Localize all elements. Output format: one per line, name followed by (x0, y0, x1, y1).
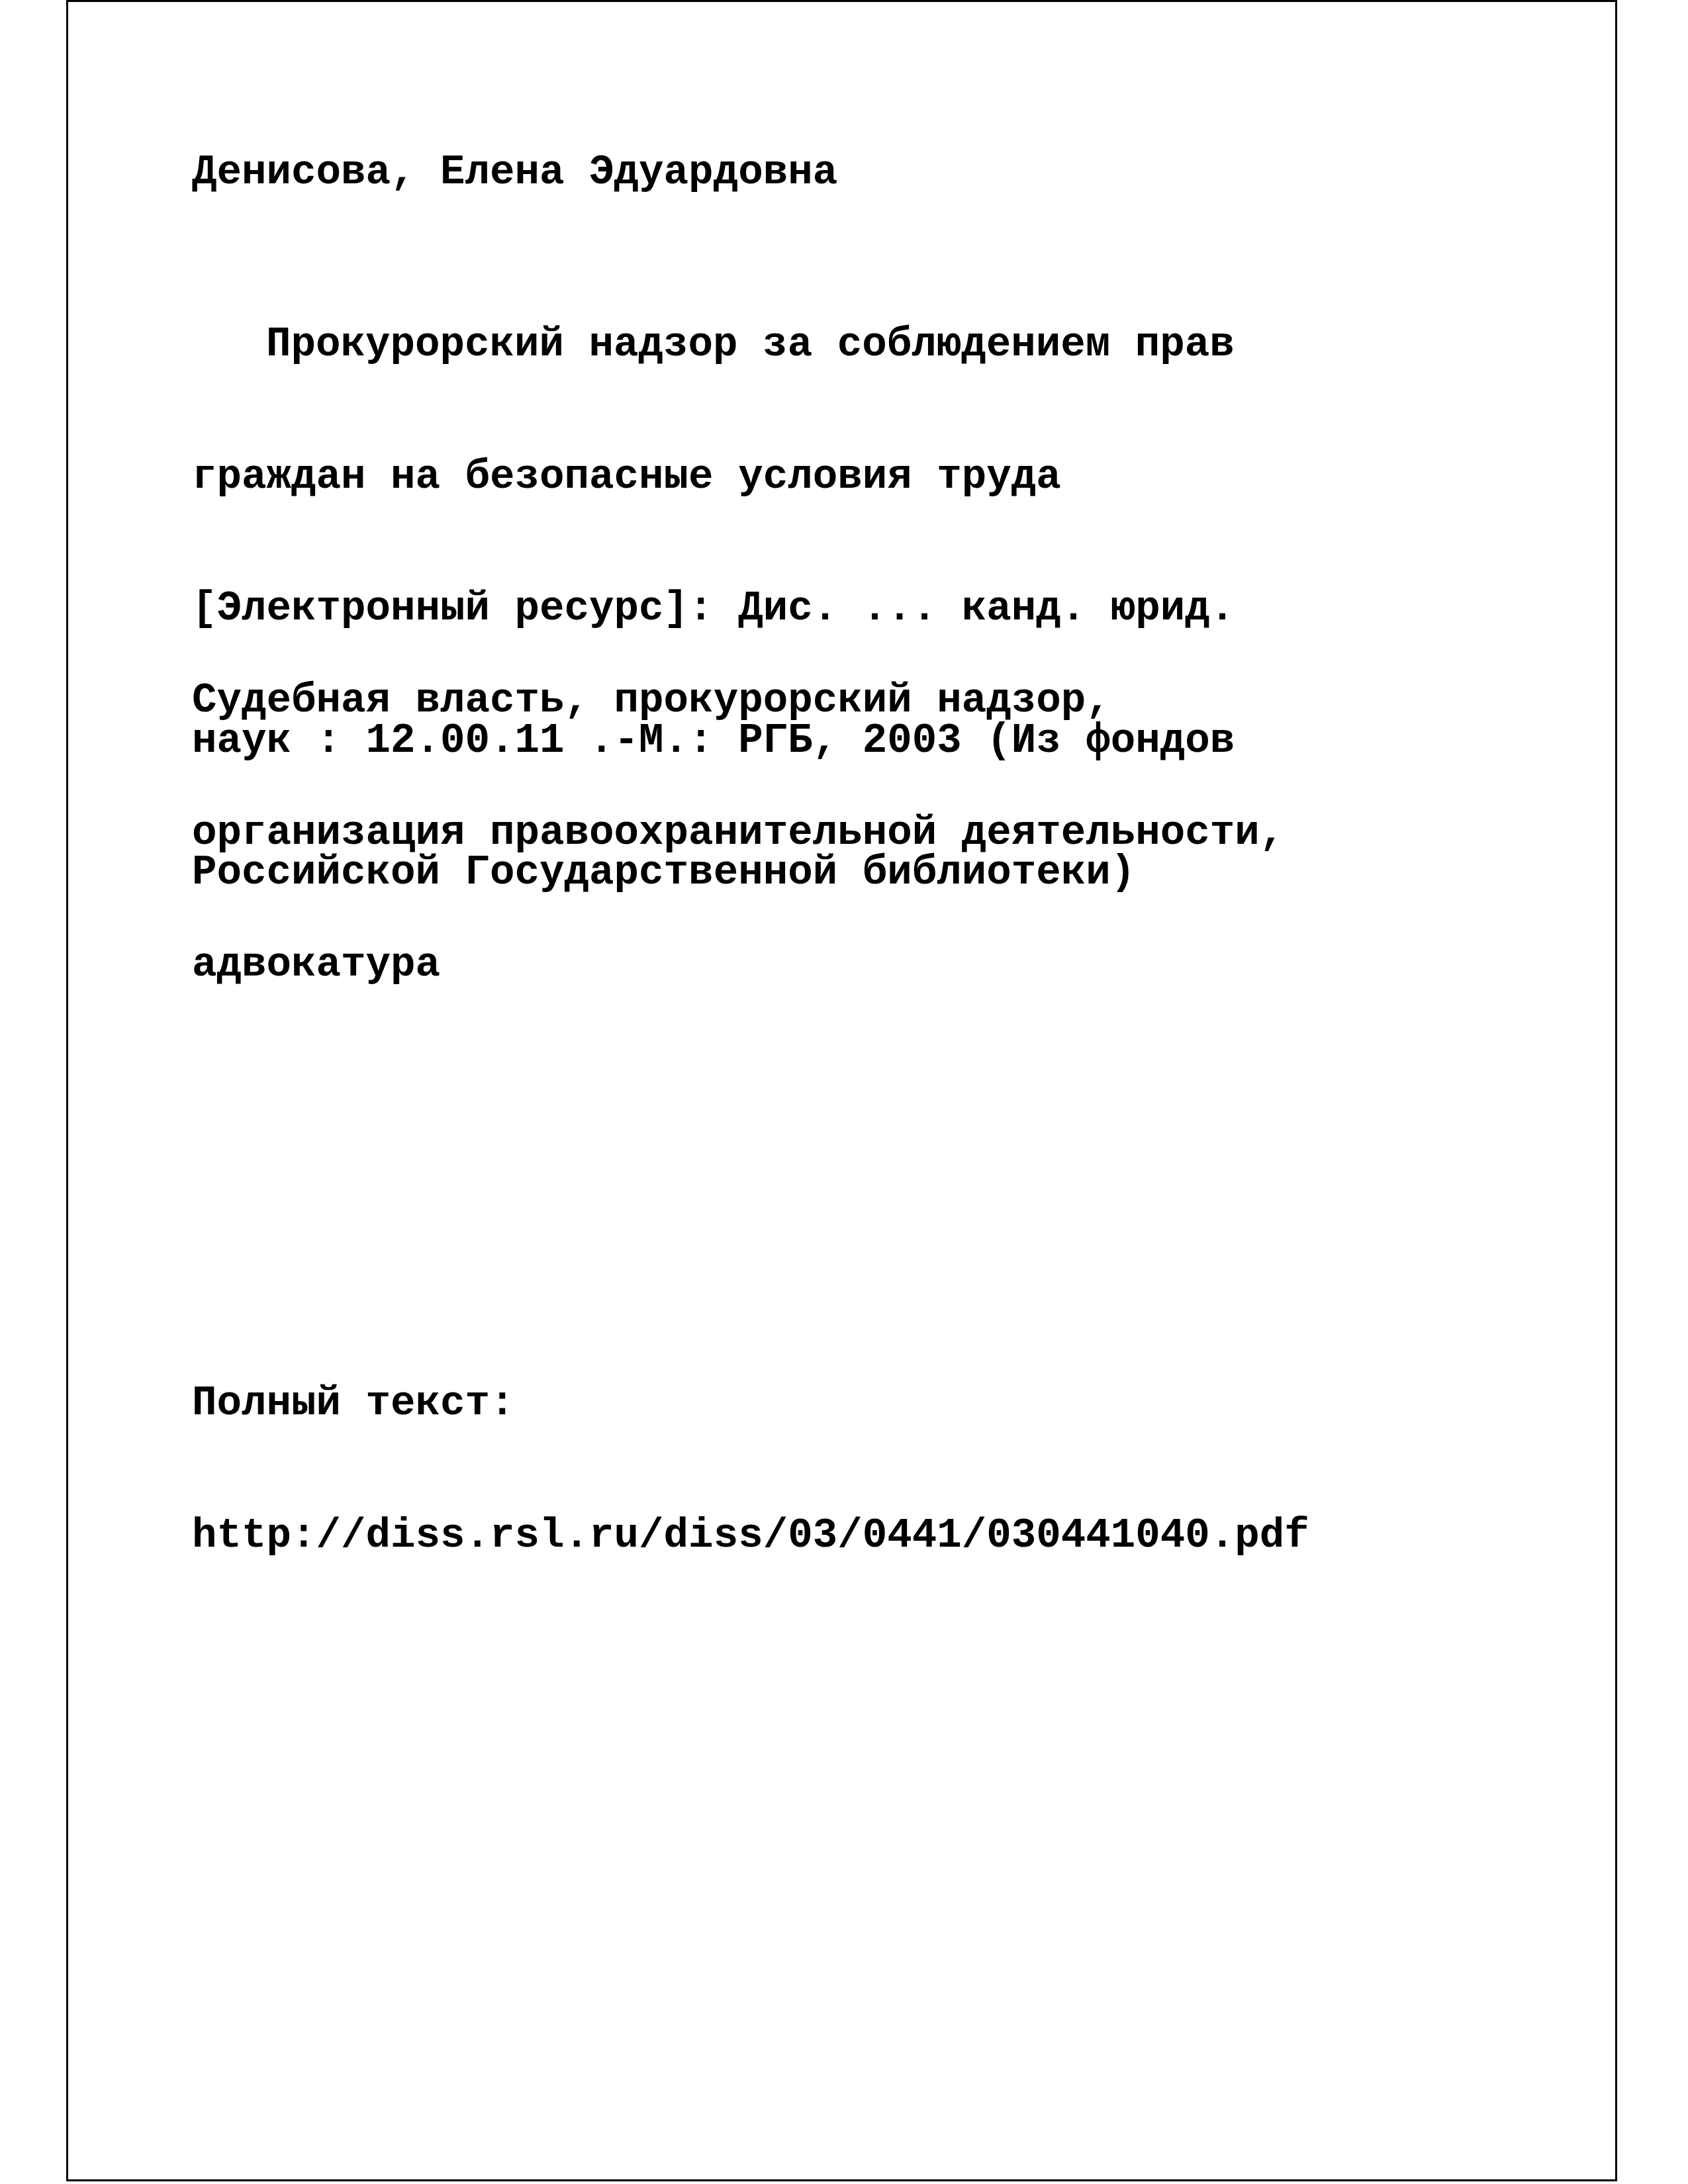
subject-headings: Судебная власть, прокурорский надзор, ор… (192, 591, 1284, 1031)
full-text-section: Полный текст: http://diss.rsl.ru/diss/03… (192, 1294, 1309, 1602)
subject-line: организация правоохранительной деятельно… (192, 811, 1284, 856)
full-text-link[interactable]: http://diss.rsl.ru/diss/03/0441/03044104… (192, 1514, 1309, 1559)
author-name: Денисова, Елена Эдуардовна (192, 151, 837, 195)
subject-line: Судебная власть, прокурорский надзор, (192, 679, 1284, 723)
title-line: граждан на безопасные условия труда (192, 455, 1235, 500)
full-text-label: Полный текст: (192, 1382, 1309, 1426)
title-line: Прокурорский надзор за соблюдением прав (192, 323, 1235, 367)
subject-line: адвокатура (192, 943, 1284, 987)
